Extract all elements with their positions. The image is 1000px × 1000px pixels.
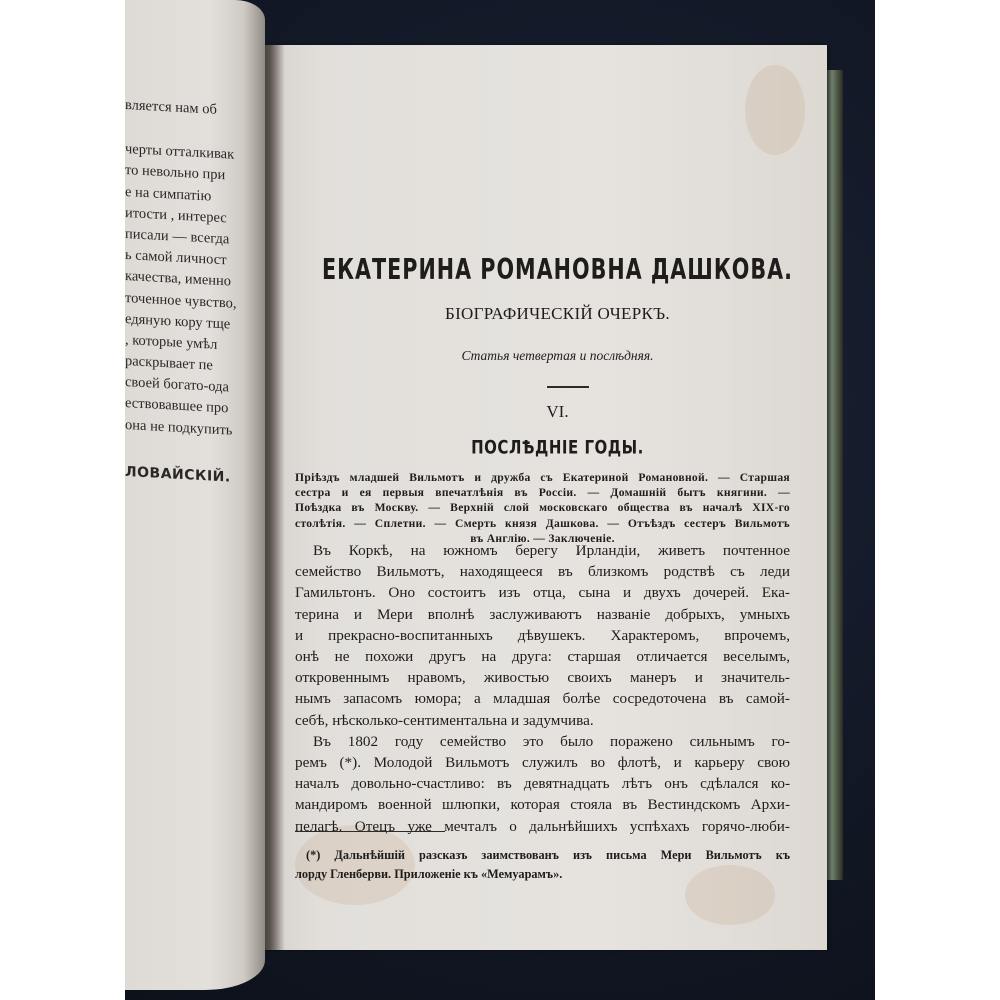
body-line: откровеннымъ нравомъ, живостью своихъ ма… (295, 667, 790, 688)
body-line: и прекрасно-воспитанныхъ дѣвушекъ. Харак… (295, 625, 790, 646)
footnote-line: (*) Дальнѣйшій разсказъ заимствованъ изъ… (295, 846, 790, 865)
book-cover-edge (825, 70, 843, 880)
summary-line: Пріѣздъ младшей Вильмотъ и дружба съ Ека… (295, 470, 790, 485)
chapter-title: ПОСЛѢДНІЕ ГОДЫ. (295, 436, 820, 459)
summary-line: Поѣздка въ Москву. — Верхній слой москов… (295, 500, 790, 515)
body-line: себѣ, нѣсколько-сентиментальна и задумчи… (295, 710, 790, 731)
author-signature: ЛОВАЙСКІЙ. (125, 462, 265, 491)
summary-line: сестра и ея первыя впечатлѣнія въ Россіи… (295, 485, 790, 500)
body-line: терина и Мери вполнѣ заслуживаютъ назван… (295, 604, 790, 625)
book-photo: вляется нам об черты отталкивак то невол… (125, 0, 875, 1000)
left-page: вляется нам об черты отталкивак то невол… (125, 0, 265, 990)
chapter-number: VI. (295, 402, 820, 422)
left-page-text: вляется нам об черты отталкивак то невол… (125, 95, 265, 490)
body-line: Въ 1802 году семейство это было поражено… (295, 731, 790, 752)
body-line: Гамильтонъ. Оно состоитъ изъ отца, сына … (295, 582, 790, 603)
article-title: ЕКАТЕРИНА РОМАНОВНА ДАШКОВА. (295, 254, 820, 287)
body-line: ремъ (*). Молодой Вильмотъ служилъ во фл… (295, 752, 790, 773)
body-line: онѣ не похожи другъ на друга: старшая от… (295, 646, 790, 667)
body-line: нымъ запасомъ юмора; а младшая болѣе сос… (295, 688, 790, 709)
footnote-line: лорду Гленберви. Приложеніе къ «Мемуарам… (295, 865, 790, 884)
footnote: (*) Дальнѣйшій разсказъ заимствованъ изъ… (295, 846, 790, 884)
body-line: пелагѣ. Отецъ уже мечталъ о дальнѣйшихъ … (295, 816, 790, 837)
footnote-divider (295, 831, 445, 832)
body-line: семейство Вильмотъ, находящееся въ близк… (295, 561, 790, 582)
body-text: Въ Коркѣ, на южномъ берегу Ирландіи, жив… (295, 540, 790, 837)
article-part-note: Статья четвертая и послѣдняя. (295, 348, 820, 364)
summary-line: столѣтія. — Сплетни. — Смерть князя Дашк… (295, 516, 790, 531)
body-line: Въ Коркѣ, на южномъ берегу Ирландіи, жив… (295, 540, 790, 561)
body-line: мандиромъ военной шлюпки, которая стояла… (295, 794, 790, 815)
chapter-summary: Пріѣздъ младшей Вильмотъ и дружба съ Ека… (295, 470, 790, 546)
body-line: началъ довольно-счастливо: въ девятнадца… (295, 773, 790, 794)
article-subtitle: БІОГРАФИЧЕСКІЙ ОЧЕРКЪ. (295, 304, 820, 324)
section-divider (547, 386, 589, 388)
